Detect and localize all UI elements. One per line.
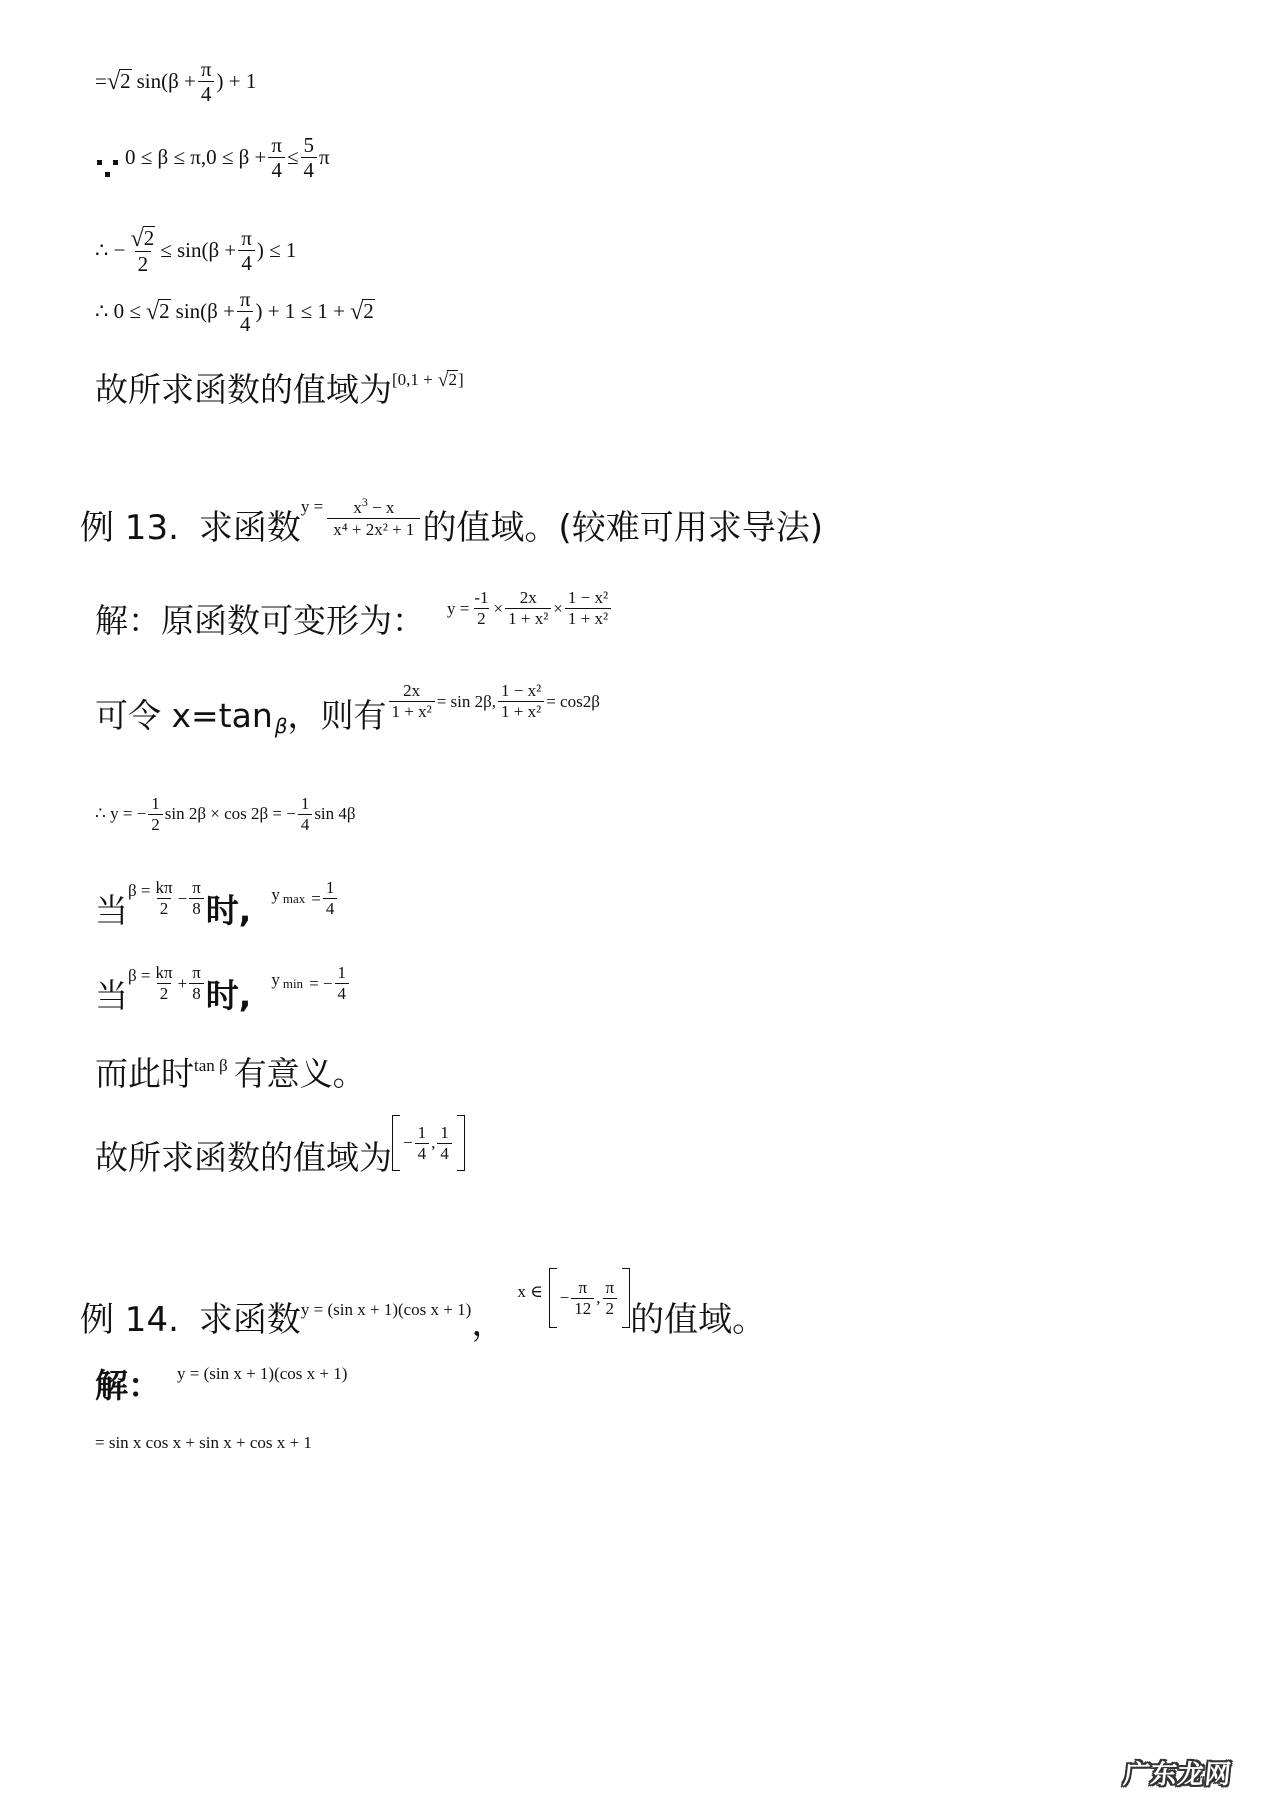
meaning-line: 而此时 tan β 有意义。 xyxy=(95,1048,366,1095)
function-fraction: x3 − x x⁴ + 2x² + 1 xyxy=(327,499,420,539)
min-condition-line: 当 β = kπ2 + π8 时, y min = − 14 xyxy=(95,960,351,1007)
conclusion-line-2: 故所求函数的值域为 − 14 , 14 xyxy=(95,1115,465,1171)
example-14-solution-line-2: = sin x cos x + sin x + cos x + 1 xyxy=(95,1433,312,1453)
inequality-text: 0 ≤ β ≤ π,0 ≤ β + xyxy=(125,145,266,170)
function-expression: y = (sin x + 1)(cos x + 1) xyxy=(301,1300,471,1320)
y-max-expression: y max = 14 xyxy=(271,879,339,918)
domain-interval: − π12 , π2 xyxy=(549,1268,630,1328)
time-text: 时, xyxy=(206,970,252,1017)
example-prefix: 求函数 xyxy=(199,500,301,549)
solution-expression: y = (sin x + 1)(cos x + 1) xyxy=(177,1364,347,1384)
y-min-expression: y min = − 14 xyxy=(271,964,351,1003)
sqrt-expression: √2 xyxy=(350,299,375,323)
substitution-text: 可令 x=tan xyxy=(95,690,273,737)
because-icon xyxy=(95,150,125,178)
fraction: π4 xyxy=(238,227,255,274)
example-14-heading: 例 14. 求函数 y = (sin x + 1)(cos x + 1) ， x… xyxy=(80,1268,766,1328)
example-suffix: 的值域。 xyxy=(630,1292,766,1341)
sqrt-expression: √2 xyxy=(146,299,171,323)
solve-label: 解：原函数可变形为： xyxy=(95,595,425,642)
conclusion-line-1: 故所求函数的值域为 [0,1 + √2 ] xyxy=(95,364,464,411)
substitution-expression: 2x1 + x² = sin 2β, 1 − x²1 + x² = cos2β xyxy=(387,682,600,721)
example-label: 例 14. xyxy=(80,1292,179,1341)
equation-line-4: ∴ 0 ≤ √2 sin(β + π4 ) + 1 ≤ 1 + √2 xyxy=(95,288,375,335)
tail-text: ) + 1 xyxy=(216,69,256,94)
domain-lhs: x ∈ xyxy=(517,1282,542,1302)
solve-label: 解： xyxy=(95,1360,161,1407)
beta-condition: β = kπ2 − π8 xyxy=(128,879,206,918)
fraction: π4 xyxy=(237,288,254,335)
equation-line-1: = √2 sin(β + π4 ) + 1 xyxy=(95,58,256,105)
sin-text: sin(β + xyxy=(176,299,235,324)
conclusion-text: 故所求函数的值域为 xyxy=(95,1132,392,1179)
equals-sign: = xyxy=(95,69,107,94)
solution-transform-line: 解：原函数可变形为： y = -12 × 2x1 + x² × 1 − x²1 … xyxy=(95,595,613,642)
therefore-text: ∴ − xyxy=(95,238,125,263)
lhs: y = xyxy=(301,497,323,517)
fraction: π4 xyxy=(198,58,215,105)
site-watermark: 广东龙网 xyxy=(1122,1754,1234,1791)
equation-line-3: ∴ − √22 ≤ sin(β + π4 ) ≤ 1 xyxy=(95,226,296,275)
range-expression: [0,1 + √2 ] xyxy=(392,370,464,390)
beta-condition: β = kπ2 + π8 xyxy=(128,964,206,1003)
example-prefix: 求函数 xyxy=(199,1292,301,1341)
example-label: 例 13. xyxy=(80,500,179,549)
tail-text: ) ≤ 1 xyxy=(257,238,297,263)
beta-subscript: β xyxy=(275,714,288,738)
conclusion-text: 故所求函数的值域为 xyxy=(95,364,392,411)
fraction: 54 xyxy=(301,134,318,181)
expanded-expression: = sin x cos x + sin x + cos x + 1 xyxy=(95,1433,312,1453)
example-suffix: 的值域。(较难可用求导法) xyxy=(422,500,823,549)
therefore-text: ∴ 0 ≤ xyxy=(95,299,141,324)
sqrt-expression: √2 xyxy=(107,69,132,93)
equation-line-2: 0 ≤ β ≤ π,0 ≤ β + π4 ≤ 54 π xyxy=(95,140,330,187)
time-text: 时, xyxy=(206,885,252,932)
pi-symbol: π xyxy=(319,145,330,170)
max-condition-line: 当 β = kπ2 − π8 时, y max = 14 xyxy=(95,875,339,922)
example-14-solution-line-1: 解： y = (sin x + 1)(cos x + 1) xyxy=(95,1360,347,1407)
example-13-heading: 例 13. 求函数 y = x3 − x x⁴ + 2x² + 1 的值域。(较… xyxy=(80,500,823,549)
comma: ， xyxy=(471,1296,505,1345)
tan-beta: tan β xyxy=(194,1056,228,1076)
substitution-line: 可令 x=tan β ，则有 2x1 + x² = sin 2β, 1 − x²… xyxy=(95,690,600,737)
fraction: √22 xyxy=(127,226,158,275)
sin-text: sin(β + xyxy=(137,69,196,94)
then-text: ，则有 xyxy=(288,690,387,737)
fraction: π4 xyxy=(268,134,285,181)
tail-text: ) + 1 ≤ 1 + xyxy=(256,299,345,324)
transform-expression: y = -12 × 2x1 + x² × 1 − x²1 + x² xyxy=(447,589,613,628)
range-interval: − 14 , 14 xyxy=(392,1115,465,1171)
leq-sign: ≤ xyxy=(287,145,299,170)
when-text: 当 xyxy=(95,970,128,1017)
therefore-y-line: ∴ y = − 12 sin 2β × cos 2β = − 14 sin 4β xyxy=(95,795,356,834)
sin-text: ≤ sin(β + xyxy=(160,238,236,263)
when-text: 当 xyxy=(95,885,128,932)
